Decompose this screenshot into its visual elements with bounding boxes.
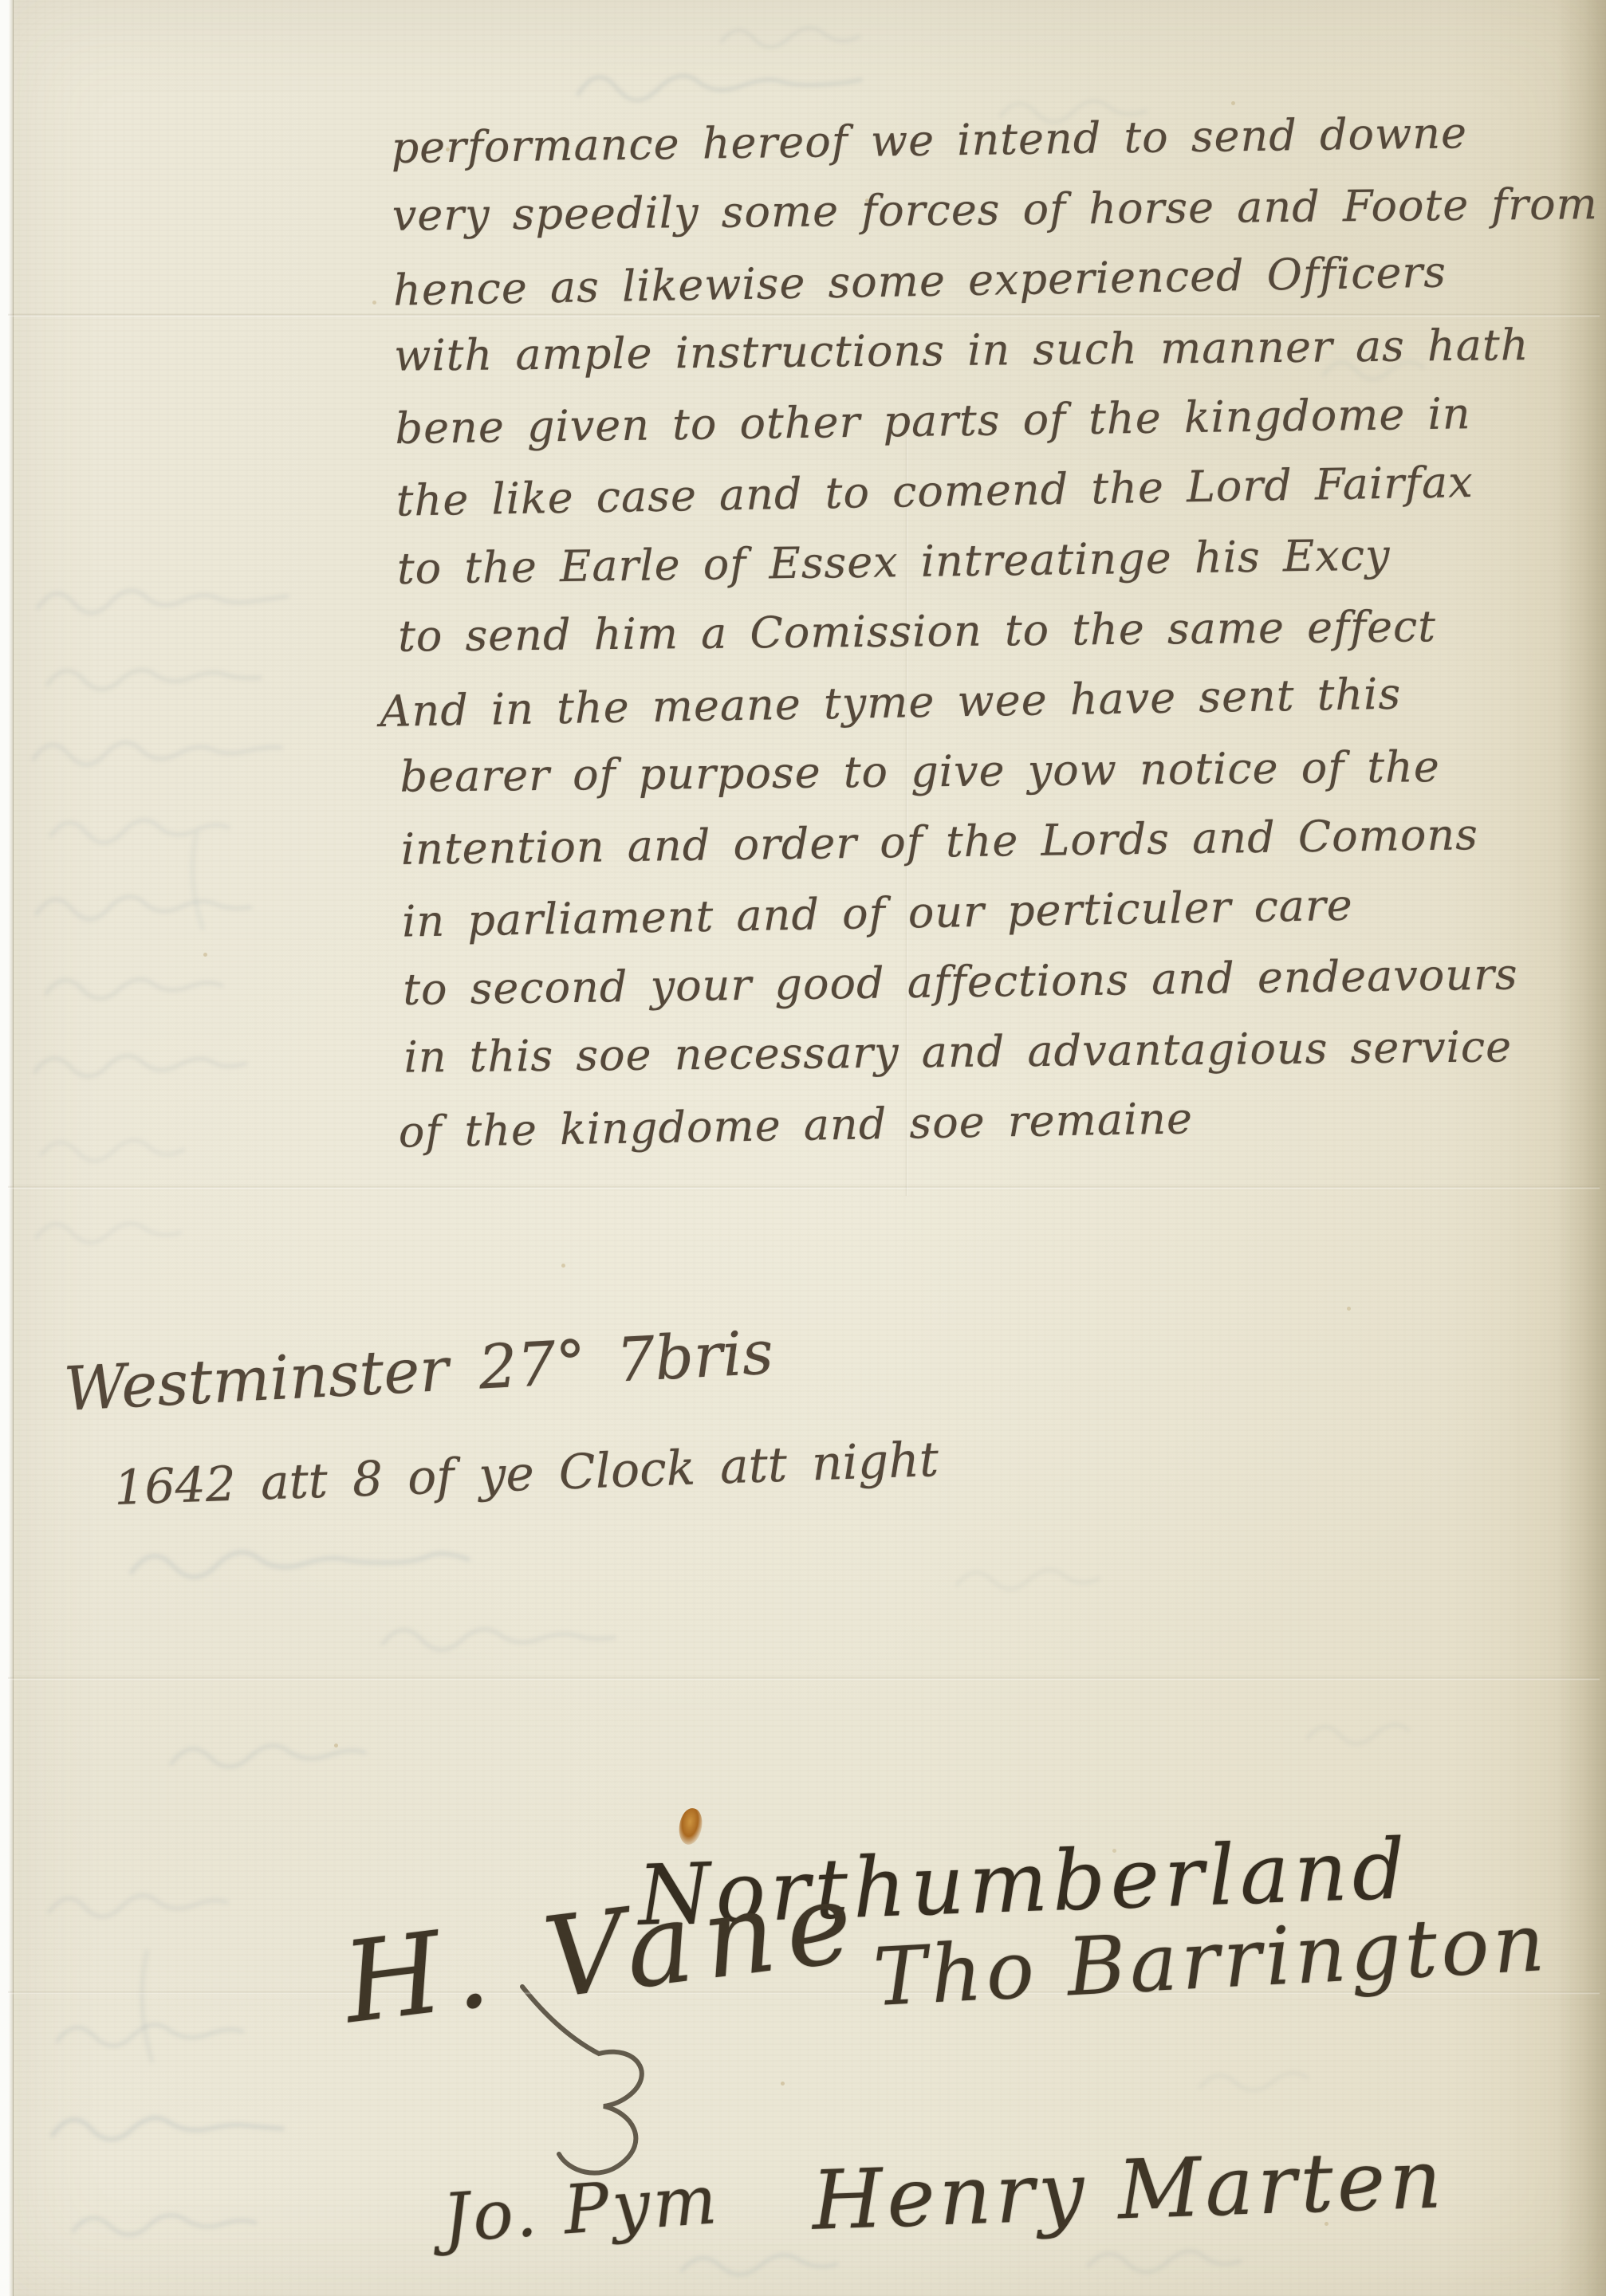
letter-body: performance hereof we intend to send dow… bbox=[391, 96, 1606, 1166]
paper-crease-horizontal-3 bbox=[8, 1677, 1600, 1681]
scan-edge-left bbox=[0, 0, 14, 2296]
letter-body-line: with ample instructions in such manner a… bbox=[394, 309, 1600, 391]
paper-crease-horizontal-2 bbox=[8, 1185, 1600, 1189]
manuscript-letter-page: performance hereof we intend to send dow… bbox=[0, 0, 1606, 2296]
paper-specks bbox=[0, 0, 2, 2]
letter-body-line: bearer of purpose to give yow notice of … bbox=[400, 730, 1606, 812]
